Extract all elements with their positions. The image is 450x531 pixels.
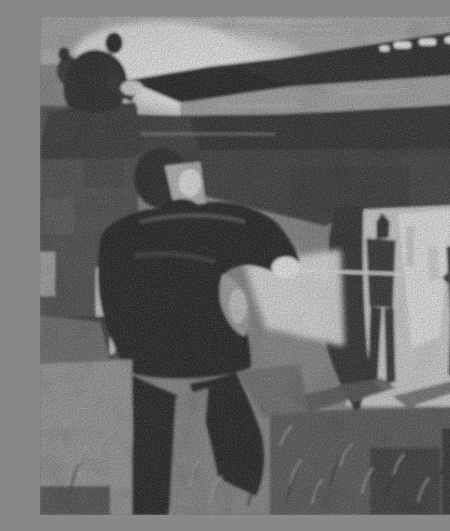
- film-grain-dark-overlay: [40, 16, 450, 515]
- illustration-halftone-print: monochrome halftone print illustration: [40, 16, 450, 515]
- illustration-canvas: monochrome halftone print illustration: [40, 16, 450, 515]
